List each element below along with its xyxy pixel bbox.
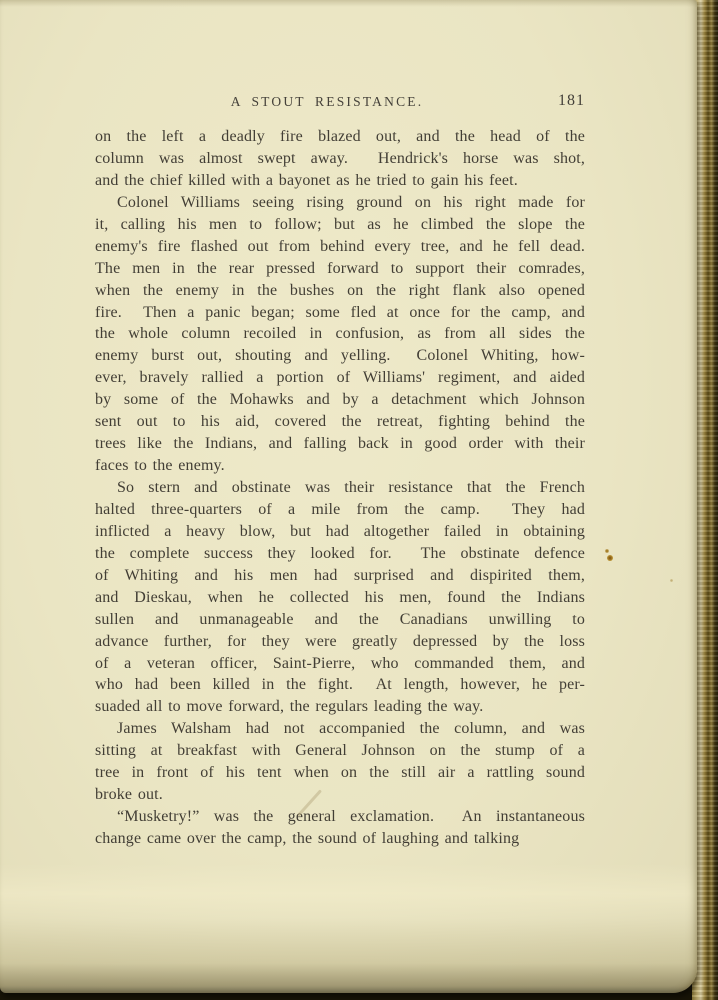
text-line: trees like the Indians, and falling back… <box>95 433 585 455</box>
running-header-title: A STOUT RESISTANCE. <box>95 94 559 110</box>
page-content: A STOUT RESISTANCE. 181 on the left a de… <box>95 94 585 850</box>
text-line: by some of the Mohawks and by a detachme… <box>95 389 585 411</box>
text-line: enemy's fire flashed out from behind eve… <box>95 236 585 258</box>
text-line: change came over the camp, the sound of … <box>95 828 585 850</box>
book-page: A STOUT RESISTANCE. 181 on the left a de… <box>0 0 697 993</box>
text-line: on the left a deadly fire blazed out, an… <box>95 126 585 148</box>
text-line: of a veteran officer, Saint-Pierre, who … <box>95 653 585 675</box>
page-number: 181 <box>558 92 585 110</box>
text-line: the complete success they looked for. Th… <box>95 543 585 565</box>
text-line: of Whiting and his men had surprised and… <box>95 565 585 587</box>
foxing-spot <box>670 579 673 582</box>
text-line: So stern and obstinate was their resista… <box>95 477 585 499</box>
text-line: sullen and unmanageable and the Canadian… <box>95 609 585 631</box>
text-line: ever, bravely rallied a portion of Willi… <box>95 367 585 389</box>
text-line: fire. Then a panic began; some fled at o… <box>95 302 585 324</box>
text-line: Colonel Williams seeing rising ground on… <box>95 192 585 214</box>
text-line: inflicted a heavy blow, but had altogeth… <box>95 521 585 543</box>
text-line: The men in the rear pressed forward to s… <box>95 258 585 280</box>
text-line: sitting at breakfast with General Johnso… <box>95 740 585 762</box>
foxing-spot <box>605 549 609 553</box>
text-line: faces to the enemy. <box>95 455 585 477</box>
text-line: when the enemy in the bushes on the righ… <box>95 280 585 302</box>
text-line: enemy burst out, shouting and yelling. C… <box>95 345 585 367</box>
text-line: “Musketry!” was the general exclamation.… <box>95 806 585 828</box>
text-line: suaded all to move forward, the regulars… <box>95 696 585 718</box>
text-line: and Dieskau, when he collected his men, … <box>95 587 585 609</box>
book-page-scan: A STOUT RESISTANCE. 181 on the left a de… <box>0 0 718 1000</box>
text-line: column was almost swept away. Hendrick's… <box>95 148 585 170</box>
foxing-spot <box>607 555 613 561</box>
text-line: halted three-quarters of a mile from the… <box>95 499 585 521</box>
text-block: on the left a deadly fire blazed out, an… <box>95 126 585 850</box>
text-line: it, calling his men to follow; but as he… <box>95 214 585 236</box>
text-line: broke out. <box>95 784 585 806</box>
text-line: sent out to his aid, covered the retreat… <box>95 411 585 433</box>
text-line: advance further, for they were greatly d… <box>95 631 585 653</box>
text-line: James Walsham had not accompanied the co… <box>95 718 585 740</box>
text-line: and the chief killed with a bayonet as h… <box>95 170 585 192</box>
text-line: tree in front of his tent when on the st… <box>95 762 585 784</box>
running-head: A STOUT RESISTANCE. 181 <box>95 94 585 114</box>
text-line: the whole column recoiled in confusion, … <box>95 323 585 345</box>
text-line: who had been killed in the fight. At len… <box>95 674 585 696</box>
